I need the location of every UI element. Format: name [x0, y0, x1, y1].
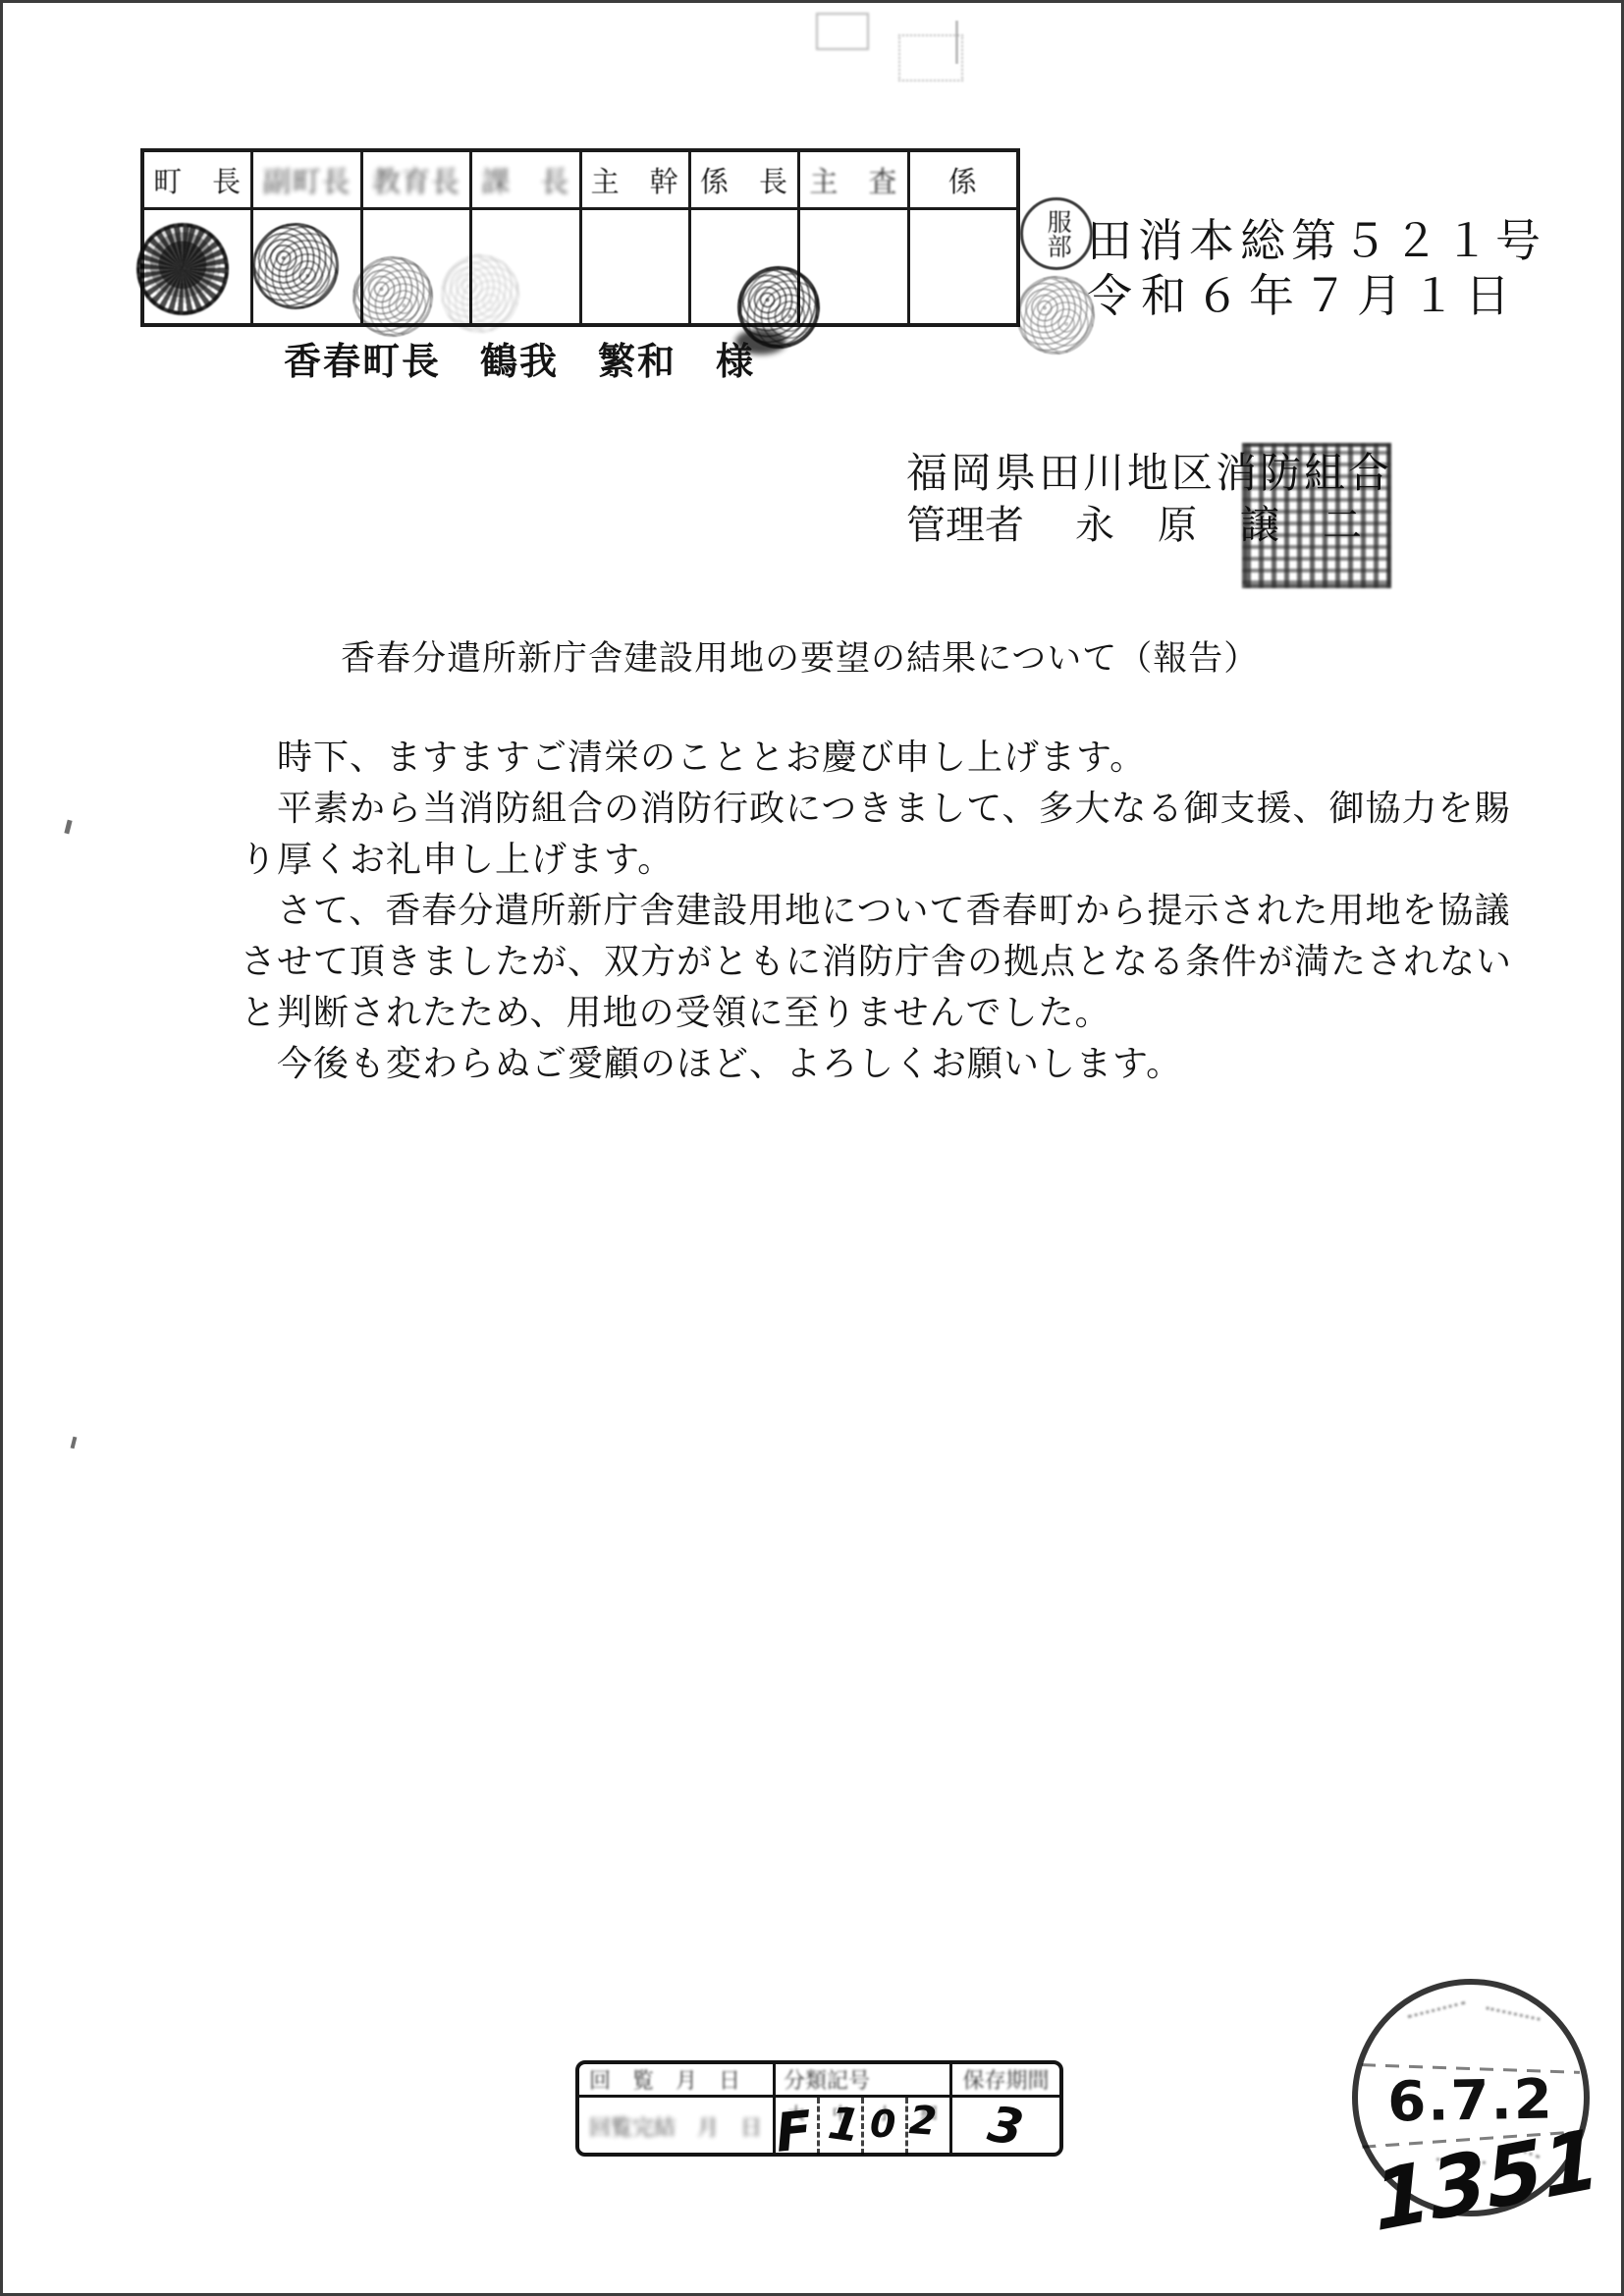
body-line: さて、香春分遣所新庁舎建設用地について香春町から提示された用地を協議 [241, 885, 1458, 936]
retention-period-header: 保存期間 [962, 2064, 1049, 2095]
document-body: 時下、ますますご清栄のこととお慶び申し上げます。 平素から当消防組合の消防行政に… [241, 732, 1458, 1089]
faint-stamp-residue [808, 9, 995, 91]
classification-code-cell: 大 中 小 細 F 1 0 2 [776, 2098, 952, 2155]
classification-code-header-cell: 分類記号 [776, 2064, 952, 2095]
document-date: 令和６年７月１日 [1087, 260, 1519, 325]
hanko-stamp-faint [1016, 276, 1095, 355]
retention-period-cell: 3 [952, 2098, 1059, 2155]
body-line: させて頂きましたが、双方がともに消防庁舎の拠点となる条件が満たされない [241, 936, 1458, 987]
routing-header-label: 副町長 [263, 160, 352, 200]
routing-header-label: 町 長 [153, 160, 242, 200]
addressee-line: 香春町長 鶴我 繁和 様 [284, 331, 755, 385]
body-line: と判断されたため、用地の受領に至りませんでした。 [241, 987, 1458, 1038]
handwritten-retention-value: 3 [984, 2095, 1027, 2157]
routing-stamp-cell [907, 210, 1016, 323]
hanko-stamp-very-faint [441, 254, 519, 333]
official-seal-stamp [1242, 443, 1391, 588]
classification-code-header: 分類記号 [784, 2064, 870, 2095]
scan-speck [64, 820, 72, 835]
routing-header-mayor: 町 長 [144, 152, 250, 207]
retention-period-header-cell: 保存期間 [952, 2064, 1059, 2095]
routing-header-staff: 係 [907, 152, 1016, 207]
body-line: 平素から当消防組合の消防行政につきまして、多大なる御支援、御協力を賜 [241, 783, 1458, 834]
handwritten-code-char: 1 [826, 2100, 863, 2149]
routing-header-deputy-mayor: 副町長 [250, 152, 359, 207]
circulation-date-header-cell: 回 覧 月 日 [579, 2064, 776, 2095]
routing-header-chief: 主 幹 [579, 152, 688, 207]
handwritten-code-char: 0 [870, 2105, 895, 2143]
deputy-mayor-hanko-stamp [252, 223, 339, 309]
routing-header-label: 教育長 [372, 160, 460, 200]
classification-table: 回 覧 月 日 分類記号 保存期間 回覧完結 月 日 大 中 小 細 F 1 0… [575, 2060, 1063, 2157]
circulation-date-header: 回 覧 月 日 [589, 2064, 740, 2095]
routing-header-illegible: 教育長 [360, 152, 469, 207]
residue-stroke [955, 21, 958, 64]
routing-header-illegible: 課 長 [469, 152, 578, 207]
stamp-arc-text-faint [1408, 2001, 1466, 2018]
routing-header-label: 係 [948, 160, 978, 200]
routing-header-row: 町 長 副町長 教育長 課 長 主 幹 係 長 主 査 係 [144, 152, 1016, 210]
routing-header-section-chief: 係 長 [688, 152, 797, 207]
routing-header-label: 主 査 [809, 160, 897, 200]
routing-stamp-cell [579, 210, 688, 323]
handwritten-code-char: 2 [908, 2101, 939, 2142]
handwritten-code-char: F [773, 2104, 814, 2160]
hanko-stamp-faint [352, 256, 433, 337]
hattori-hanko-name: 服部 [1044, 209, 1069, 258]
circulation-complete-cell: 回覧完結 月 日 [579, 2098, 776, 2155]
classification-value-row: 回覧完結 月 日 大 中 小 細 F 1 0 2 3 [579, 2098, 1059, 2155]
hattori-hanko-stamp: 服部 [1020, 197, 1093, 270]
routing-header-label: 主 幹 [591, 160, 679, 200]
routing-header-label: 係 長 [700, 160, 788, 200]
residue-box [898, 34, 963, 82]
circulation-complete-label: 回覧完結 月 日 [589, 2111, 762, 2142]
scan-speck [71, 1437, 78, 1449]
stamp-arc-text-faint [1486, 2006, 1540, 2021]
body-line: 今後も変わらぬご愛顧のほど、よろしくお願いします。 [241, 1038, 1458, 1089]
body-line: 時下、ますますご清栄のこととお慶び申し上げます。 [241, 732, 1458, 783]
routing-header-label: 課 長 [481, 160, 569, 200]
scanned-document-page: 町 長 副町長 教育長 課 長 主 幹 係 長 主 査 係 服部 田消本総第５２… [0, 0, 1624, 2296]
receipt-date-stamp: 6.7.2 1351 [1352, 1979, 1590, 2216]
residue-box [816, 13, 869, 50]
sender-title: 管理者 [906, 494, 1024, 550]
classification-header-row: 回 覧 月 日 分類記号 保存期間 [579, 2064, 1059, 2098]
routing-header-senior-staff: 主 査 [797, 152, 906, 207]
body-line: り厚くお礼申し上げます。 [241, 834, 1458, 885]
mayor-hanko-stamp [136, 223, 229, 315]
document-title: 香春分遣所新庁舎建設用地の要望の結果について（報告） [341, 631, 1259, 681]
